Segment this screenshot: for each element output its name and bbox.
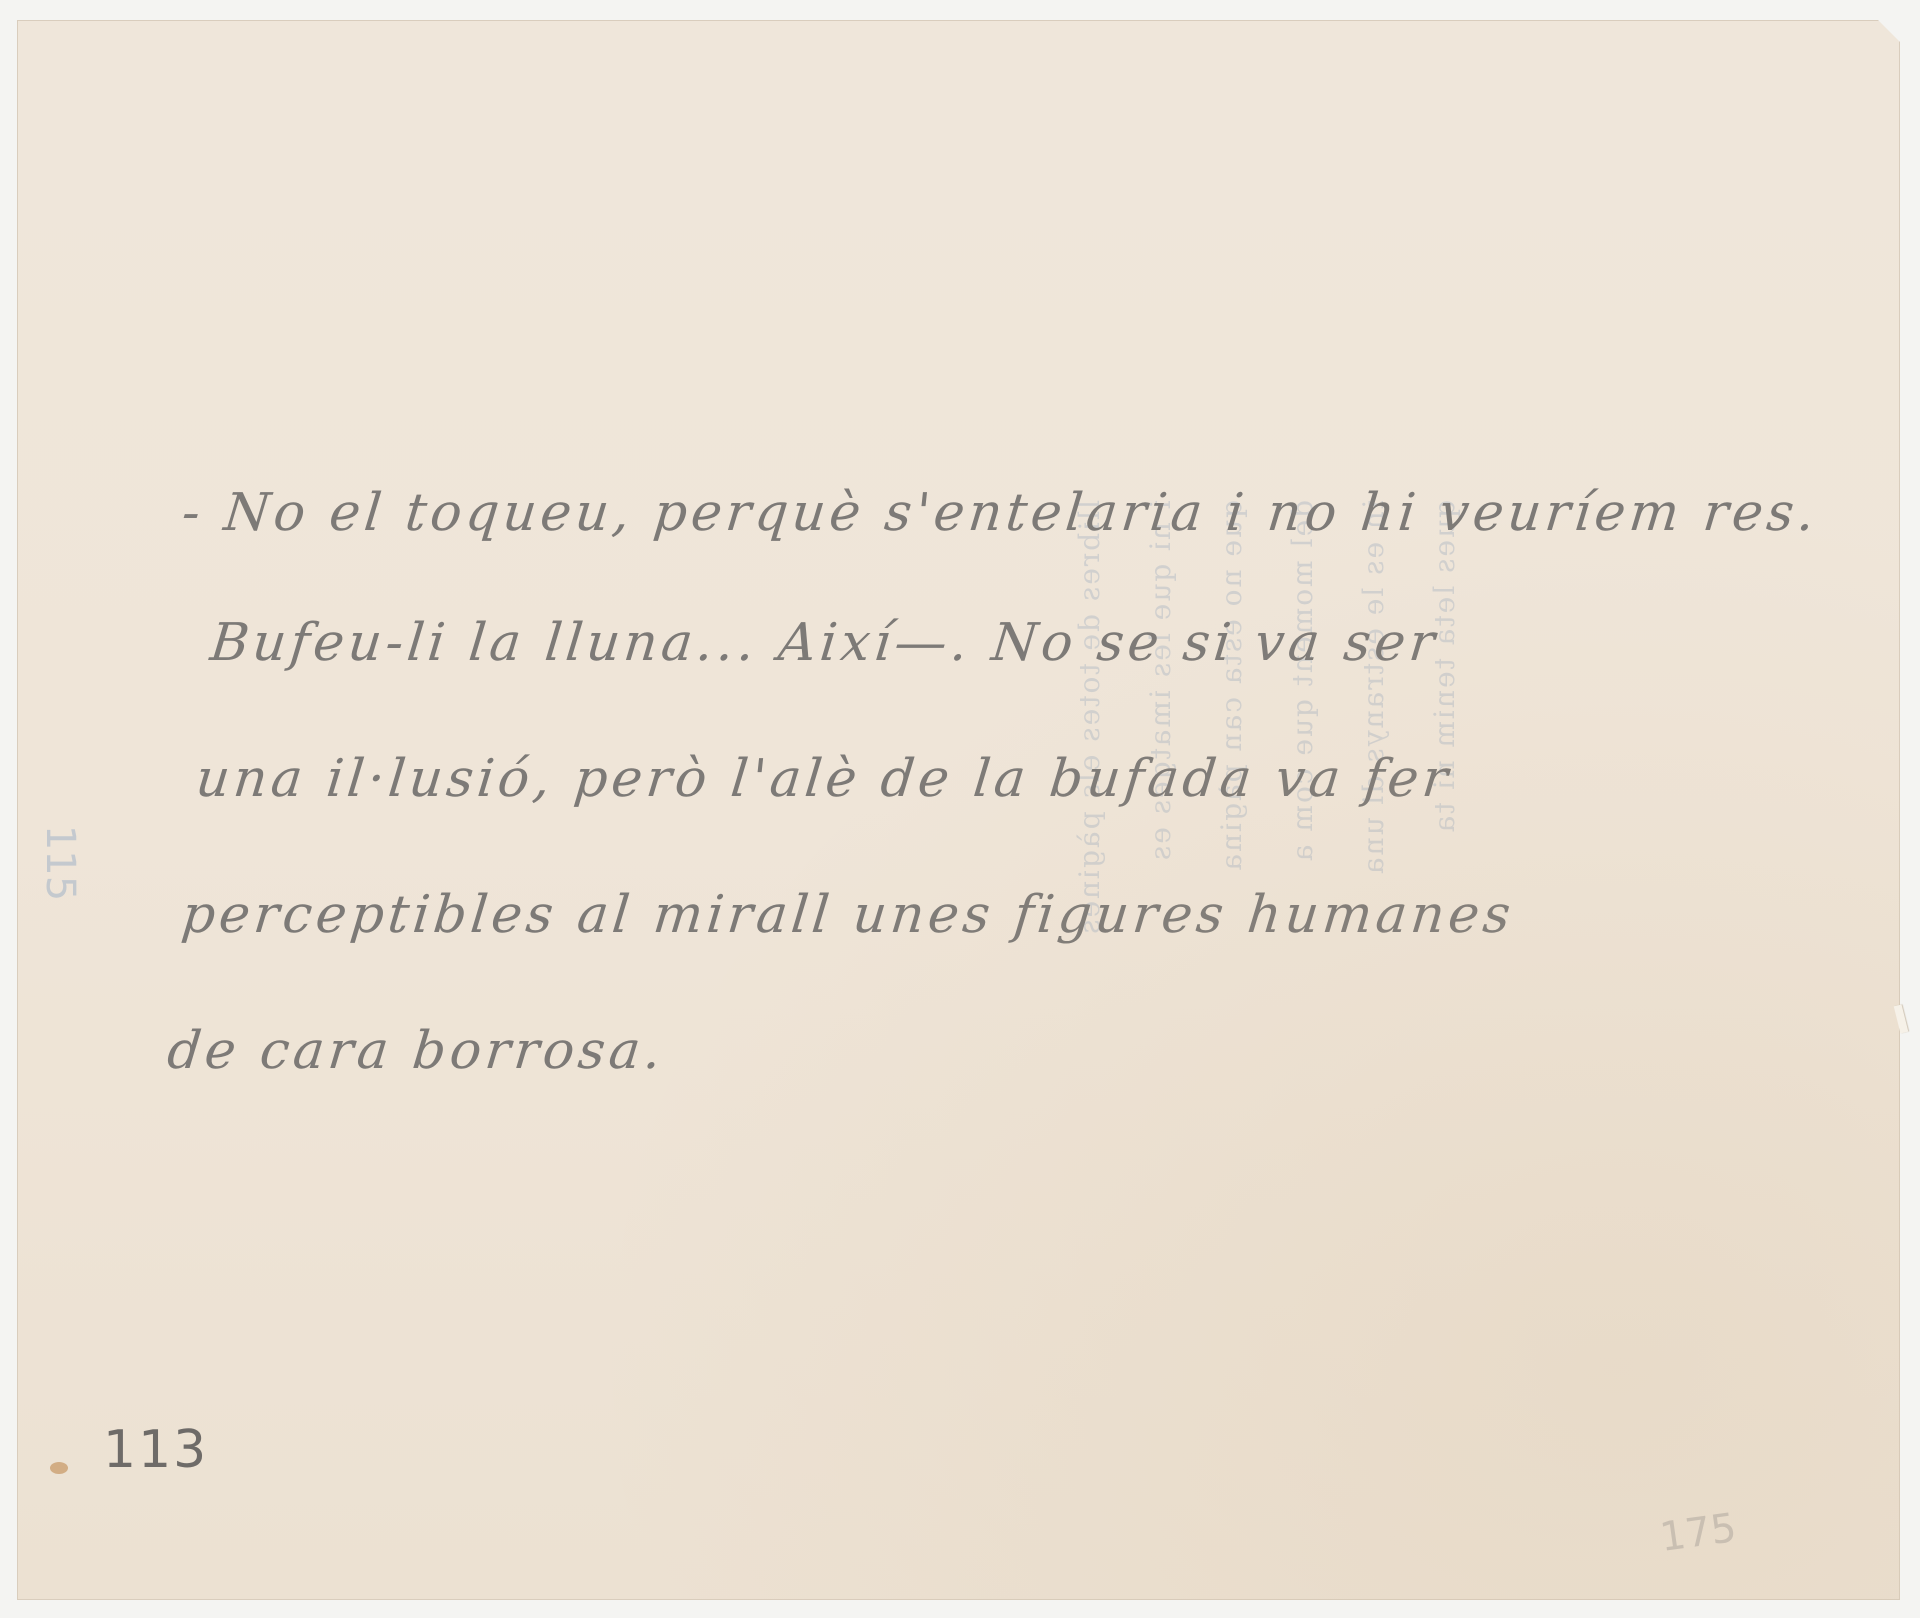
- margin-number: 115: [37, 825, 83, 901]
- handwritten-line: - No el toqueu, perquè s'entelaria i no …: [175, 445, 1589, 581]
- handwritten-line: perceptibles al mirall unes figures huma…: [175, 847, 1547, 983]
- handwritten-line: una il·lusió, però l'alè de la bufada va…: [189, 711, 1561, 847]
- page-number: 113: [103, 1420, 208, 1480]
- handwritten-text-block: - No el toqueu, perquè s'entelaria i no …: [119, 445, 1590, 1119]
- handwritten-line: Bufeu-li la lluna... Així—. No se si va …: [203, 575, 1575, 711]
- handwritten-line: de cara borrosa.: [161, 983, 1533, 1119]
- paper-stain: [50, 1462, 68, 1474]
- manuscript-page: llibres de totes els pàgines i ni que le…: [17, 20, 1900, 1600]
